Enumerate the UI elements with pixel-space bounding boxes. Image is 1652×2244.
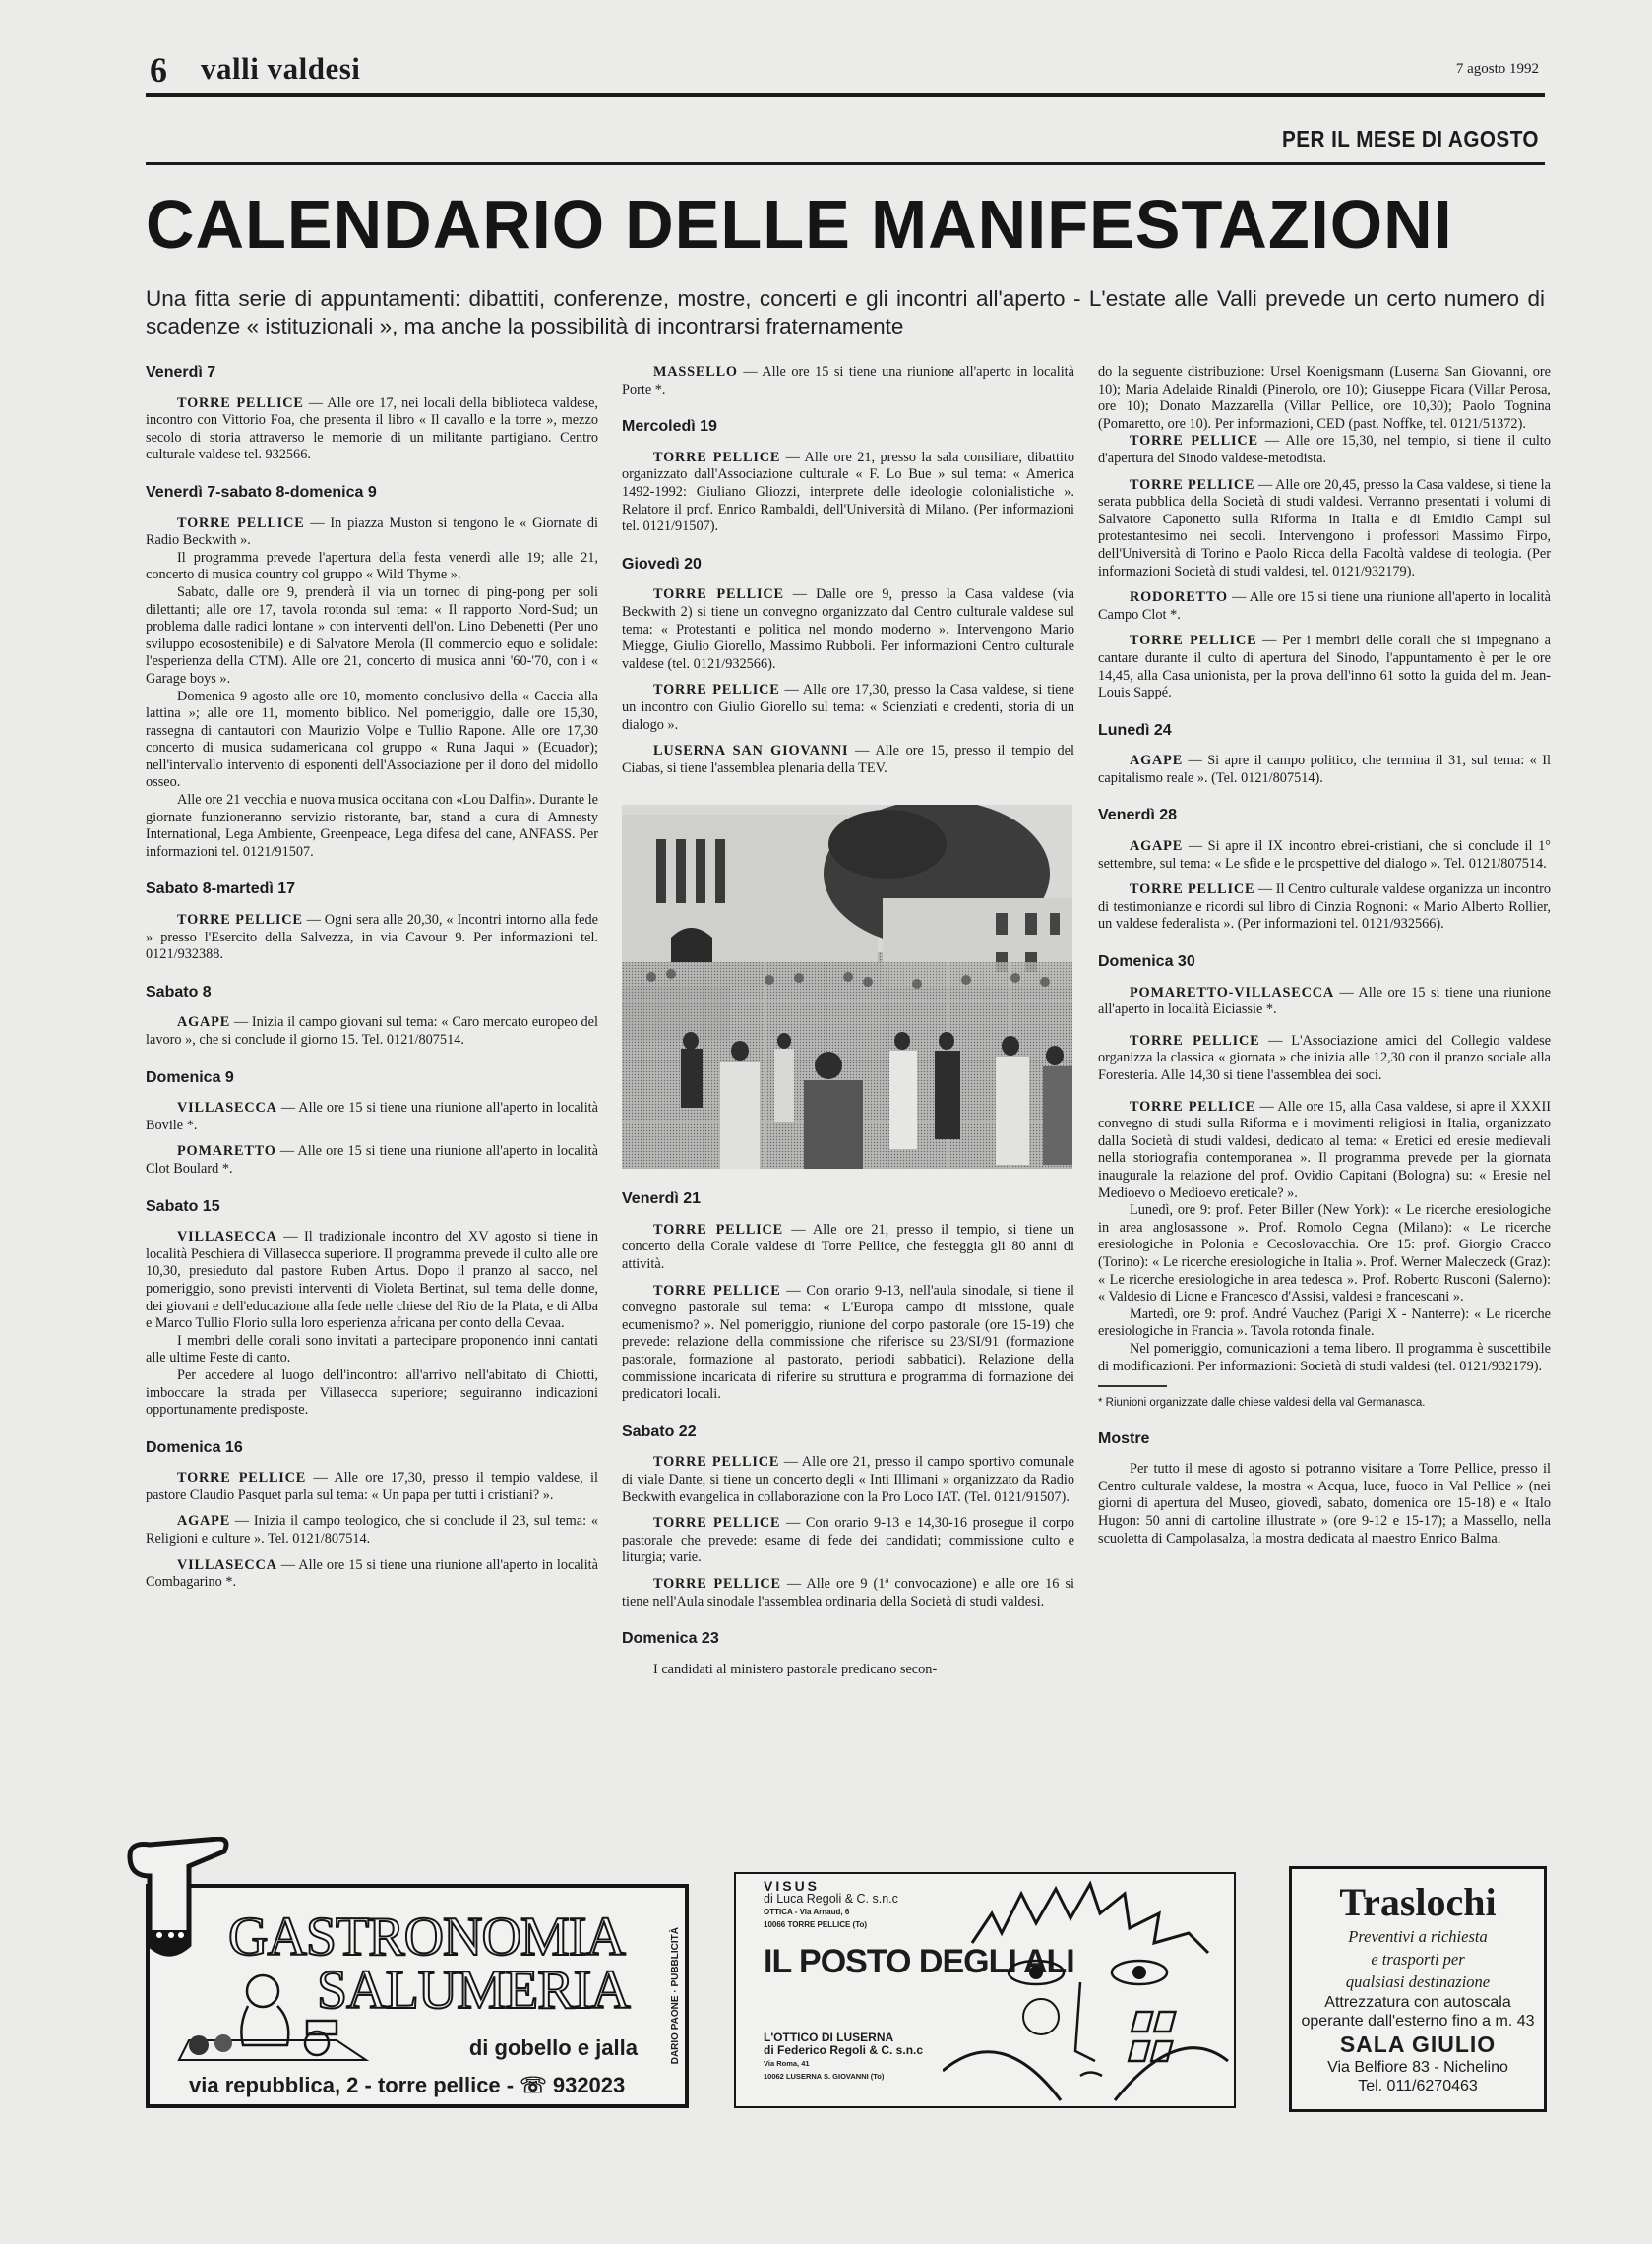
day-heading: Sabato 22 [622,1424,1074,1441]
event-paragraph: Per accedere al luogo dell'incontro: all… [146,1367,598,1420]
event-paragraph: Martedì, ore 9: prof. André Vauchez (Par… [1098,1306,1551,1341]
kicker: PER IL MESE DI AGOSTO [1282,126,1539,152]
day-heading: Sabato 15 [146,1198,598,1216]
event-place: POMARETTO [177,1143,276,1159]
event-entry: VILLASECCA — Il tradizionale incontro de… [146,1229,598,1333]
ad-traslochi-body: Attrezzatura con autoscala operante dall… [1292,1993,1544,2031]
event-entry: POMARETTO — Alle ore 15 si tiene una riu… [146,1143,598,1178]
event-place: MASSELLO [653,364,738,380]
event-entry: TORRE PELLICE — L'Associazione amici del… [1098,1033,1551,1085]
event-paragraph: I candidati al ministero pastorale predi… [622,1662,1074,1679]
ad-traslochi-italic: qualsiasi destinazione [1292,1971,1544,1993]
column-3: do la seguente distribuzione: Ursel Koen… [1098,359,1551,1547]
event-place: AGAPE [1130,838,1183,854]
event-entry: VILLASECCA — Alle ore 15 si tiene una ri… [146,1557,598,1592]
ad-traslochi-phone: Tel. 011/6270463 [1292,2077,1544,2095]
event-paragraph: Sabato, dalle ore 9, prenderà il via un … [146,584,598,689]
ad-address: via repubblica, 2 - torre pellice - ☏ 93… [189,2073,625,2098]
day-heading: Venerdì 7 [146,364,598,382]
event-text: — Con orario 9-13, nell'aula sinodale, s… [622,1283,1074,1403]
event-place: TORRE PELLICE [1130,633,1256,648]
grocer-illustration-icon [169,1967,386,2075]
day-heading: Domenica 30 [1098,953,1551,971]
event-place: TORRE PELLICE [1130,477,1254,493]
day-heading: Domenica 9 [146,1069,598,1087]
column-2: MASSELLO — Alle ore 15 si tiene una riun… [622,359,1074,1678]
event-place: TORRE PELLICE [177,516,305,531]
event-place: TORRE PELLICE [1130,1099,1255,1115]
event-place: TORRE PELLICE [653,1222,783,1238]
event-paragraph: do la seguente distribuzione: Ursel Koen… [1098,364,1551,433]
event-entry: TORRE PELLICE — Con orario 9-13, nell'au… [622,1283,1074,1404]
event-place: TORRE PELLICE [653,1283,781,1299]
event-place: TORRE PELLICE [1130,1033,1259,1049]
ad-visus-line2: 10066 TORRE PELLICE (To) [764,1918,898,1931]
event-entry: TORRE PELLICE — Il Centro culturale vald… [1098,881,1551,934]
event-place: TORRE PELLICE [177,1470,306,1486]
footnote: * Riunioni organizzate dalle chiese vald… [1098,1395,1551,1413]
event-place: TORRE PELLICE [653,1576,781,1592]
event-paragraph: Lunedì, ore 9: prof. Peter Biller (New Y… [1098,1202,1551,1306]
event-entry: TORRE PELLICE — Alle ore 21, presso la s… [622,450,1074,536]
column-1: Venerdì 7 TORRE PELLICE — Alle ore 17, n… [146,359,598,1601]
event-entry: TORRE PELLICE — Alle ore 9 (1ª convocazi… [622,1576,1074,1610]
ad-traslochi: Traslochi Preventivi a richiesta e trasp… [1289,1866,1547,2112]
event-entry: RODORETTO — Alle ore 15 si tiene una riu… [1098,589,1551,624]
event-place: LUSERNA SAN GIOVANNI [653,743,848,758]
event-place: TORRE PELLICE [653,1454,779,1470]
ad-credit: DARIO PAONE · PUBBLICITÀ [670,1927,681,2064]
face-illustration-icon [943,1874,1233,2108]
ad-luserna-line2: 10062 LUSERNA S. GIOVANNI (To) [764,2070,923,2083]
ad-traslochi-company: SALA GIULIO [1292,2031,1544,2058]
event-place: TORRE PELLICE [653,586,784,602]
event-place: AGAPE [177,1014,230,1030]
event-place: AGAPE [1130,753,1183,768]
event-entry: TORRE PELLICE — Alle ore 21, presso il c… [622,1454,1074,1506]
crowd-in-square-photo [622,805,1072,1169]
article-columns: Venerdì 7 TORRE PELLICE — Alle ore 17, n… [146,359,1545,1835]
event-place: AGAPE [177,1513,230,1529]
masthead: 6 valli valdesi 7 agosto 1992 [146,49,1545,89]
event-place: TORRE PELLICE [177,912,303,928]
day-heading: Sabato 8 [146,984,598,1001]
event-entry: TORRE PELLICE — Ogni sera alle 20,30, « … [146,912,598,964]
day-heading: Mercoledì 19 [622,418,1074,436]
ad-luserna-owner: di Federico Regoli & C. s.n.c [764,2044,923,2057]
day-heading: Domenica 16 [146,1439,598,1457]
ad-traslochi-address: Via Belfiore 83 - Nichelino [1292,2058,1544,2077]
event-paragraph: Nel pomeriggio, comunicazioni a tema lib… [1098,1341,1551,1375]
kicker-rule [146,162,1545,165]
event-place: POMARETTO-VILLASECCA [1130,985,1334,1001]
event-place: VILLASECCA [177,1229,277,1244]
ad-traslochi-italic: e trasporti per [1292,1948,1544,1971]
chef-hat-icon [120,1837,238,1965]
event-place: TORRE PELLICE [653,682,780,697]
event-place: TORRE PELLICE [653,1515,780,1531]
ad-gastronomia-salumeria: GASTRONOMIA SALUMERIA di gobello e jalla… [146,1884,689,2108]
event-paragraph: Il programma prevede l'apertura della fe… [146,550,598,584]
event-paragraph: Domenica 9 agosto alle ore 10, momento c… [146,689,598,793]
ad-visus-line1: OTTICA - Via Arnaud, 6 [764,1906,898,1918]
ad-traslochi-title: Traslochi [1292,1879,1544,1925]
event-entry: VILLASECCA — Alle ore 15 si tiene una ri… [146,1100,598,1134]
event-entry: AGAPE — Inizia il campo teologico, che s… [146,1513,598,1547]
event-entry: TORRE PELLICE — Alle ore 17, nei locali … [146,395,598,464]
day-heading: Venerdì 7-sabato 8-domenica 9 [146,484,598,502]
ad-visus-ottica: VISUS di Luca Regoli & C. s.n.c OTTICA -… [734,1872,1236,2108]
advertisements: GASTRONOMIA SALUMERIA di gobello e jalla… [146,1854,1545,2110]
event-entry: TORRE PELLICE — Con orario 9-13 e 14,30-… [622,1515,1074,1567]
event-entry: TORRE PELLICE — Alle ore 15, alla Casa v… [1098,1099,1551,1203]
event-entry: LUSERNA SAN GIOVANNI — Alle ore 15, pres… [622,743,1074,777]
ad-visus-header: VISUS di Luca Regoli & C. s.n.c OTTICA -… [764,1880,898,1931]
event-entry: TORRE PELLICE — Per i membri delle coral… [1098,633,1551,701]
day-heading: Sabato 8-martedì 17 [146,880,598,898]
page-number: 6 [150,49,167,91]
ad-visus-footer: L'OTTICO DI LUSERNA di Federico Regoli &… [764,2032,923,2083]
day-heading: Lunedì 24 [1098,722,1551,740]
paper-name: valli valdesi [201,51,360,87]
event-place: TORRE PELLICE [1130,433,1258,449]
event-entry: TORRE PELLICE — Dalle ore 9, presso la C… [622,586,1074,673]
day-heading: Domenica 23 [622,1630,1074,1648]
event-entry: AGAPE — Si apre il campo politico, che t… [1098,753,1551,787]
event-entry: TORRE PELLICE — Alle ore 21, presso il t… [622,1222,1074,1274]
ad-luserna-line1: Via Roma, 41 [764,2057,923,2070]
ad-visus-owner: di Luca Regoli & C. s.n.c [764,1893,898,1906]
event-paragraph: I membri delle corali sono invitati a pa… [146,1333,598,1367]
event-entry: TORRE PELLICE — In piazza Muston si teng… [146,516,598,550]
issue-date: 7 agosto 1992 [1456,61,1539,78]
masthead-rule [146,93,1545,97]
event-entry: TORRE PELLICE — Alle ore 17,30, presso l… [622,682,1074,734]
ad-subtitle: di gobello e jalla [469,2035,638,2061]
event-entry: TORRE PELLICE — Alle ore 15,30, nel temp… [1098,433,1551,467]
deck: Una fitta serie di appuntamenti: dibatti… [146,285,1545,340]
section-heading-mostre: Mostre [1098,1430,1551,1448]
event-entry: AGAPE — Inizia il campo giovani sul tema… [146,1014,598,1049]
event-place: VILLASECCA [177,1100,277,1116]
event-entry: TORRE PELLICE — Alle ore 20,45, presso l… [1098,477,1551,581]
mostre-paragraph: Per tutto il mese di agosto si potranno … [1098,1461,1551,1547]
day-heading: Venerdì 28 [1098,807,1551,824]
event-entry: MASSELLO — Alle ore 15 si tiene una riun… [622,364,1074,398]
event-entry: POMARETTO-VILLASECCA — Alle ore 15 si ti… [1098,985,1551,1019]
event-entry: AGAPE — Si apre il IX incontro ebrei-cri… [1098,838,1551,873]
event-place: RODORETTO [1130,589,1228,605]
event-place: VILLASECCA [177,1557,277,1573]
event-paragraph: Alle ore 21 vecchia e nuova musica occit… [146,792,598,861]
ad-traslochi-italic: Preventivi a richiesta [1292,1925,1544,1948]
headline: CALENDARIO DELLE MANIFESTAZIONI [146,185,1517,264]
event-place: TORRE PELLICE [653,450,780,465]
footnote-rule [1098,1385,1167,1387]
event-place: TORRE PELLICE [177,395,304,411]
event-place: TORRE PELLICE [1130,881,1254,897]
day-heading: Giovedì 20 [622,556,1074,574]
event-entry: TORRE PELLICE — Alle ore 17,30, presso i… [146,1470,598,1504]
day-heading: Venerdì 21 [622,1190,1074,1208]
